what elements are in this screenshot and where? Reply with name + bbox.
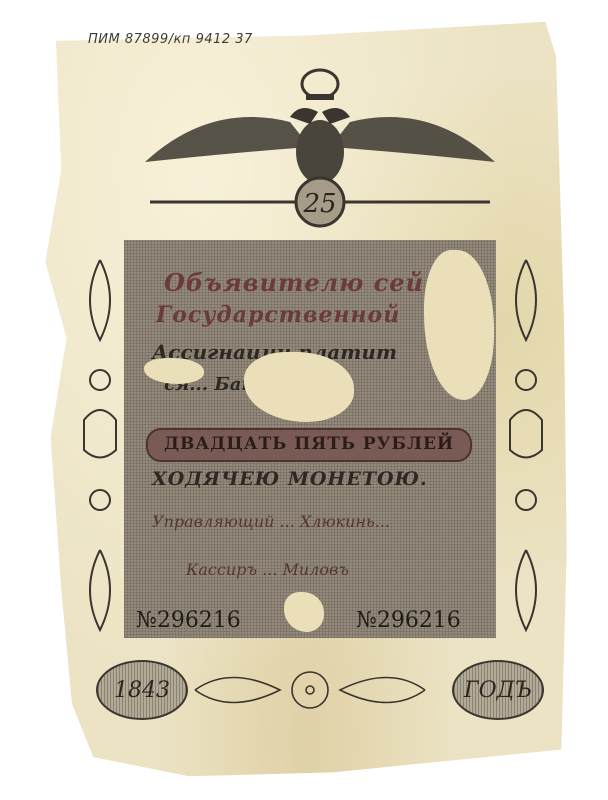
svg-text:25: 25 (302, 189, 336, 219)
paper-tear (144, 358, 204, 384)
serial-number-left: №296216 (136, 608, 241, 633)
right-ornament-icon (496, 250, 556, 640)
text-panel: Объявителю сей Государственной Ассигнаци… (124, 240, 496, 638)
crown-icon (302, 70, 338, 100)
text-line-currency: ХОДЯЧЕЮ МОНЕТОЮ. (152, 468, 524, 490)
signature-director: Управляющий ... Хлюкинь... (152, 512, 390, 531)
denomination-banner: ДВАДЦАТЬ ПЯТЬ РУБЛЕЙ (146, 428, 472, 462)
signature-cashier: Кассиръ ... Миловъ (186, 560, 349, 579)
left-ornament-icon (70, 250, 130, 640)
archive-inventory-number: ПИМ 87899/кп 9412 37 (88, 32, 253, 47)
serial-number-right: №296216 (356, 608, 461, 633)
rosette-ornament-icon (190, 660, 430, 720)
year-cartouche: 1843 (96, 660, 188, 720)
year-label-cartouche: ГОДЪ (452, 660, 544, 720)
paper-tear (284, 592, 324, 632)
double-headed-eagle-icon: 25 (140, 62, 500, 232)
paper-tear (244, 352, 354, 422)
